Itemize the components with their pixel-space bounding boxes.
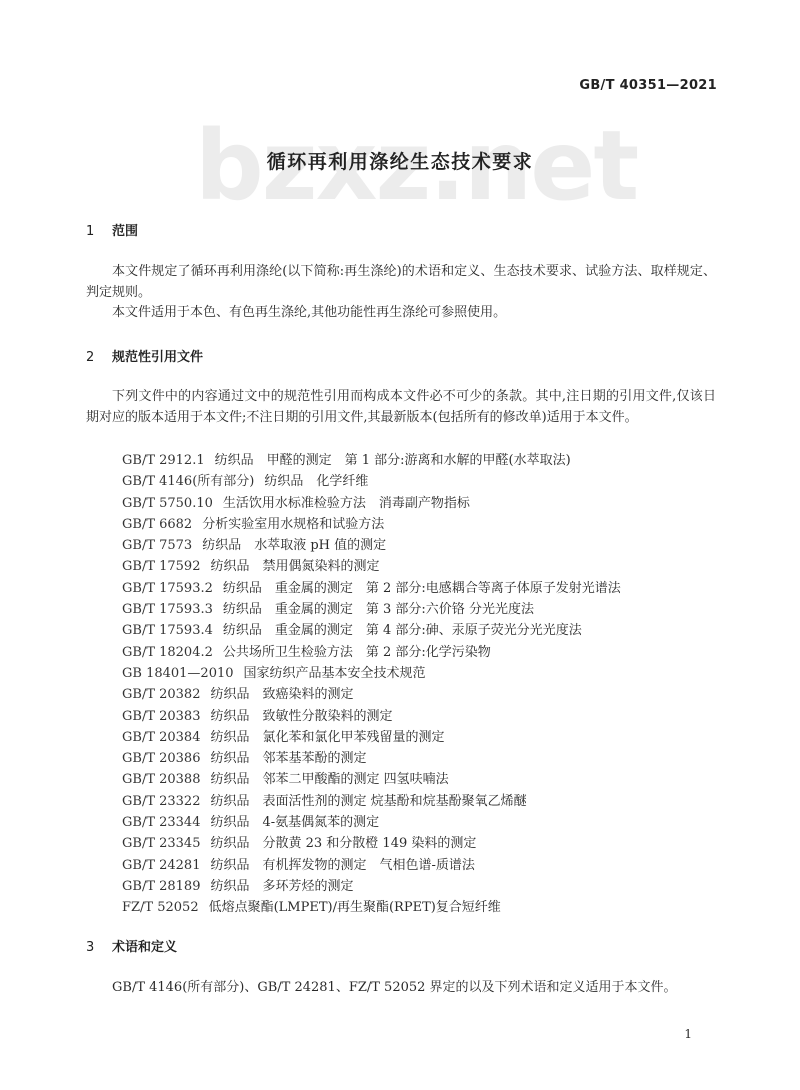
section-2-heading: 2规范性引用文件	[86, 346, 203, 365]
section-number: 3	[86, 940, 112, 955]
reference-title: 国家纺织产品基本安全技术规范	[244, 666, 426, 681]
reference-code: FZ/T 52052	[122, 897, 199, 918]
reference-code: GB 18401—2010	[122, 663, 234, 684]
reference-item: GB/T 20383纺织品 致敏性分散染料的测定	[122, 706, 621, 727]
normative-references-list: GB/T 2912.1纺织品 甲醛的测定 第 1 部分:游离和水解的甲醛(水萃取…	[122, 450, 621, 919]
reference-item: GB/T 5750.10生活饮用水标准检验方法 消毒副产物指标	[122, 493, 621, 514]
reference-code: GB/T 20382	[122, 684, 200, 705]
reference-item: GB/T 20384纺织品 氯化苯和氯化甲苯残留量的测定	[122, 727, 621, 748]
reference-title: 低熔点聚酯(LMPET)/再生聚酯(RPET)复合短纤维	[209, 900, 501, 915]
reference-code: GB/T 7573	[122, 535, 192, 556]
reference-item: GB/T 24281纺织品 有机挥发物的测定 气相色谱-质谱法	[122, 855, 621, 876]
reference-title: 纺织品 多环芳烃的测定	[210, 879, 353, 894]
reference-code: GB/T 18204.2	[122, 642, 213, 663]
document-title: 循环再利用涤纶生态技术要求	[0, 147, 800, 174]
reference-title: 纺织品 重金属的测定 第 3 部分:六价铬 分光光度法	[223, 602, 534, 617]
reference-title: 纺织品 重金属的测定 第 2 部分:电感耦合等离子体原子发射光谱法	[223, 581, 621, 596]
reference-code: GB/T 2912.1	[122, 450, 205, 471]
reference-title: 纺织品 邻苯二甲酸酯的测定 四氢呋喃法	[210, 772, 448, 787]
reference-item: GB/T 23322纺织品 表面活性剂的测定 烷基酚和烷基酚聚氧乙烯醚	[122, 791, 621, 812]
reference-code: GB/T 17592	[122, 556, 200, 577]
reference-item: GB/T 17592纺织品 禁用偶氮染料的测定	[122, 556, 621, 577]
page-number: 1	[684, 1027, 692, 1041]
reference-title: 纺织品 重金属的测定 第 4 部分:砷、汞原子荧光分光光度法	[223, 623, 582, 638]
section-1-paragraph-1: 本文件规定了循环再利用涤纶(以下简称:再生涤纶)的术语和定义、生态技术要求、试验…	[86, 261, 716, 303]
reference-code: GB/T 23344	[122, 812, 200, 833]
section-number: 2	[86, 350, 112, 365]
reference-code: GB/T 5750.10	[122, 493, 213, 514]
reference-item: GB/T 6682分析实验室用水规格和试验方法	[122, 514, 621, 535]
reference-code: GB/T 20388	[122, 769, 200, 790]
reference-code: GB/T 28189	[122, 876, 200, 897]
reference-title: 纺织品 表面活性剂的测定 烷基酚和烷基酚聚氧乙烯醚	[210, 794, 526, 809]
reference-code: GB/T 6682	[122, 514, 192, 535]
reference-code: GB/T 17593.3	[122, 599, 213, 620]
reference-title: 纺织品 甲醛的测定 第 1 部分:游离和水解的甲醛(水萃取法)	[215, 453, 571, 468]
reference-code: GB/T 24281	[122, 855, 200, 876]
section-3-heading: 3术语和定义	[86, 936, 177, 955]
reference-code: GB/T 4146(所有部分)	[122, 471, 254, 492]
section-3-paragraph-1: GB/T 4146(所有部分)、GB/T 24281、FZ/T 52052 界定…	[86, 977, 716, 998]
reference-code: GB/T 20383	[122, 706, 200, 727]
reference-title: 纺织品 4-氨基偶氮苯的测定	[210, 815, 379, 830]
reference-item: GB/T 17593.4纺织品 重金属的测定 第 4 部分:砷、汞原子荧光分光光…	[122, 620, 621, 641]
reference-code: GB/T 17593.4	[122, 620, 213, 641]
reference-item: GB/T 17593.2纺织品 重金属的测定 第 2 部分:电感耦合等离子体原子…	[122, 578, 621, 599]
reference-item: GB/T 23344纺织品 4-氨基偶氮苯的测定	[122, 812, 621, 833]
section-title: 术语和定义	[112, 940, 177, 955]
reference-title: 纺织品 致癌染料的测定	[210, 687, 353, 702]
reference-code: GB/T 23345	[122, 833, 200, 854]
reference-title: 纺织品 邻苯基苯酚的测定	[210, 751, 366, 766]
reference-item: GB 18401—2010国家纺织产品基本安全技术规范	[122, 663, 621, 684]
reference-title: 纺织品 有机挥发物的测定 气相色谱-质谱法	[210, 858, 474, 873]
reference-item: FZ/T 52052低熔点聚酯(LMPET)/再生聚酯(RPET)复合短纤维	[122, 897, 621, 918]
reference-title: 纺织品 禁用偶氮染料的测定	[210, 559, 379, 574]
standard-number: GB/T 40351—2021	[579, 78, 717, 93]
reference-item: GB/T 20382纺织品 致癌染料的测定	[122, 684, 621, 705]
reference-title: 纺织品 化学纤维	[264, 474, 368, 489]
reference-item: GB/T 7573纺织品 水萃取液 pH 值的测定	[122, 535, 621, 556]
reference-item: GB/T 2912.1纺织品 甲醛的测定 第 1 部分:游离和水解的甲醛(水萃取…	[122, 450, 621, 471]
section-title: 范围	[112, 224, 138, 239]
reference-item: GB/T 17593.3纺织品 重金属的测定 第 3 部分:六价铬 分光光度法	[122, 599, 621, 620]
section-2-paragraph-1: 下列文件中的内容通过文中的规范性引用而构成本文件必不可少的条款。其中,注日期的引…	[86, 386, 716, 428]
reference-item: GB/T 20386纺织品 邻苯基苯酚的测定	[122, 748, 621, 769]
reference-title: 生活饮用水标准检验方法 消毒副产物指标	[223, 496, 470, 511]
reference-item: GB/T 28189纺织品 多环芳烃的测定	[122, 876, 621, 897]
section-1-heading: 1范围	[86, 220, 138, 239]
reference-item: GB/T 18204.2公共场所卫生检验方法 第 2 部分:化学污染物	[122, 642, 621, 663]
section-1-paragraph-2: 本文件适用于本色、有色再生涤纶,其他功能性再生涤纶可参照使用。	[86, 302, 716, 323]
reference-title: 纺织品 氯化苯和氯化甲苯残留量的测定	[210, 730, 444, 745]
reference-title: 纺织品 分散黄 23 和分散橙 149 染料的测定	[210, 836, 476, 851]
reference-title: 纺织品 水萃取液 pH 值的测定	[202, 538, 386, 553]
section-number: 1	[86, 224, 112, 239]
reference-code: GB/T 17593.2	[122, 578, 213, 599]
reference-item: GB/T 20388纺织品 邻苯二甲酸酯的测定 四氢呋喃法	[122, 769, 621, 790]
reference-item: GB/T 4146(所有部分)纺织品 化学纤维	[122, 471, 621, 492]
reference-title: 分析实验室用水规格和试验方法	[202, 517, 384, 532]
reference-code: GB/T 23322	[122, 791, 200, 812]
reference-code: GB/T 20384	[122, 727, 200, 748]
reference-title: 纺织品 致敏性分散染料的测定	[210, 709, 392, 724]
reference-item: GB/T 23345纺织品 分散黄 23 和分散橙 149 染料的测定	[122, 833, 621, 854]
reference-code: GB/T 20386	[122, 748, 200, 769]
section-title: 规范性引用文件	[112, 350, 203, 365]
reference-title: 公共场所卫生检验方法 第 2 部分:化学污染物	[223, 645, 491, 660]
